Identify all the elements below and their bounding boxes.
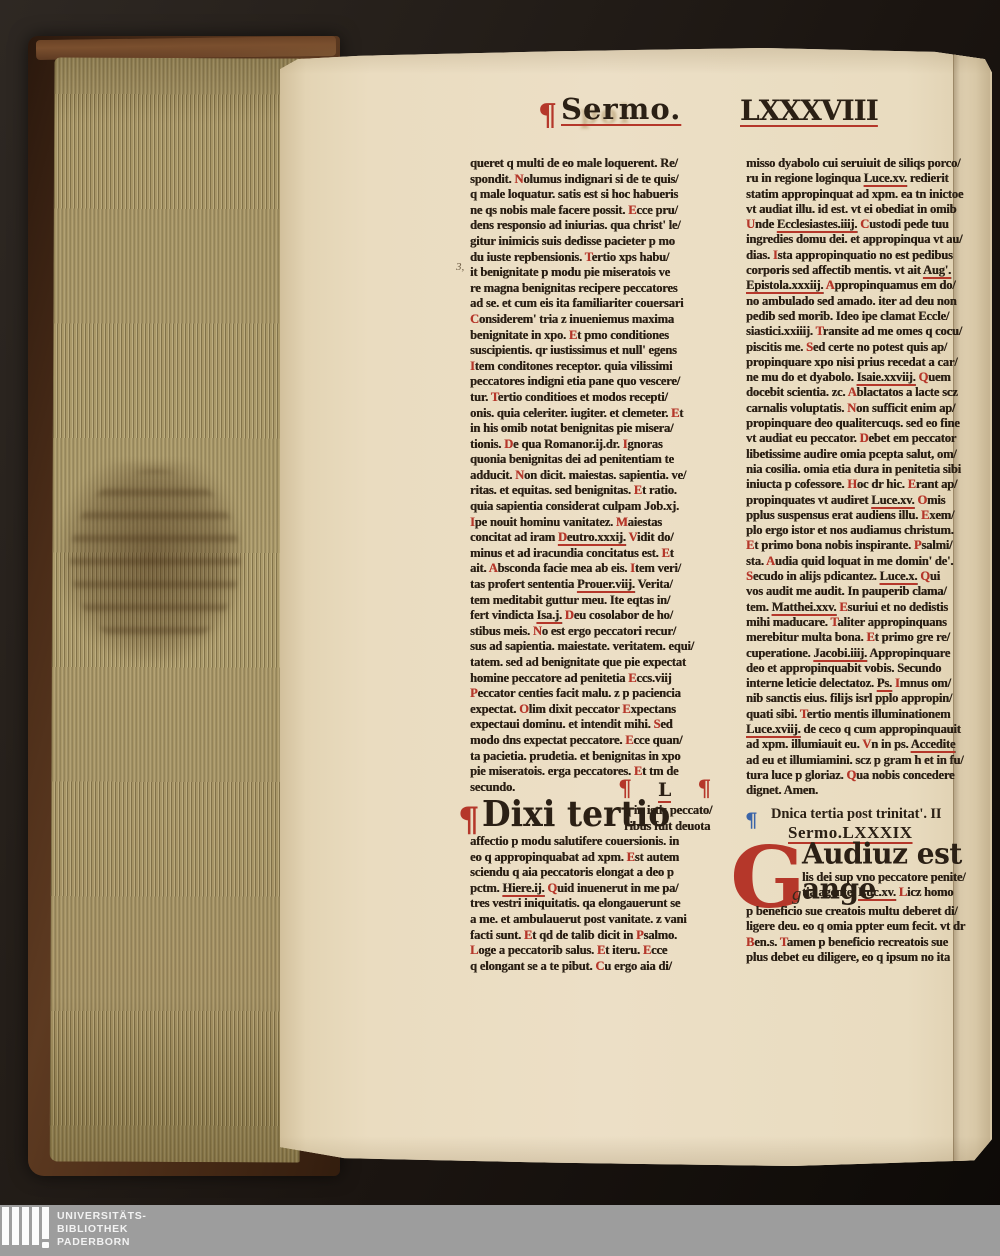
- library-bars-logo-icon: [2, 1207, 49, 1255]
- margin-note: 3,: [456, 261, 464, 273]
- sermon-rubric-line: Dnica tertia post trinitat'. II: [771, 806, 941, 823]
- institution-line: PADERBORN: [57, 1236, 147, 1249]
- book-page: pol ¶ Sermo. LXXXVIII 3, queret q multi …: [280, 48, 992, 1166]
- heading-side-text: q in istis peccato/ribus fuit deuota: [624, 803, 712, 834]
- institution-line: BIBLIOTHEK: [57, 1223, 147, 1236]
- text-column-left-continued: affectio p modu salutifere couersionis. …: [470, 834, 738, 974]
- running-title: pol ¶ Sermo. LXXXVIII: [280, 92, 992, 140]
- pilcrow-icon: ¶: [538, 98, 557, 133]
- logo-bar: [32, 1207, 39, 1245]
- logo-bar: [12, 1207, 19, 1245]
- incipit-side-text: lis dei sup vno peccatore penite/tia age…: [802, 870, 966, 901]
- pilcrow-icon: ¶: [697, 776, 711, 802]
- fore-edge-stain-marks: [70, 470, 240, 650]
- running-title-number: LXXXVIII: [740, 94, 878, 127]
- digitized-book-photograph: pol ¶ Sermo. LXXXVIII 3, queret q multi …: [0, 0, 1000, 1256]
- institution-line: UNIVERSITÄTS-: [57, 1210, 147, 1223]
- leather-top-edge: [36, 36, 336, 60]
- logo-bar-exclamation: [42, 1207, 49, 1255]
- text-column-right: misso dyabolo cui seruiuit de siliqs por…: [746, 156, 982, 798]
- running-title-word: Sermo.: [561, 92, 681, 126]
- logo-bar: [2, 1207, 9, 1245]
- logo-bar: [22, 1207, 29, 1245]
- text-column-right-continued: p beneficio sue creatois multu deberet d…: [746, 903, 982, 964]
- institution-name: UNIVERSITÄTS- BIBLIOTHEK PADERBORN: [57, 1210, 147, 1249]
- text-column-left: queret q multi de eo male loquerent. Re/…: [470, 156, 738, 795]
- institution-bar: UNIVERSITÄTS- BIBLIOTHEK PADERBORN: [0, 1205, 1000, 1256]
